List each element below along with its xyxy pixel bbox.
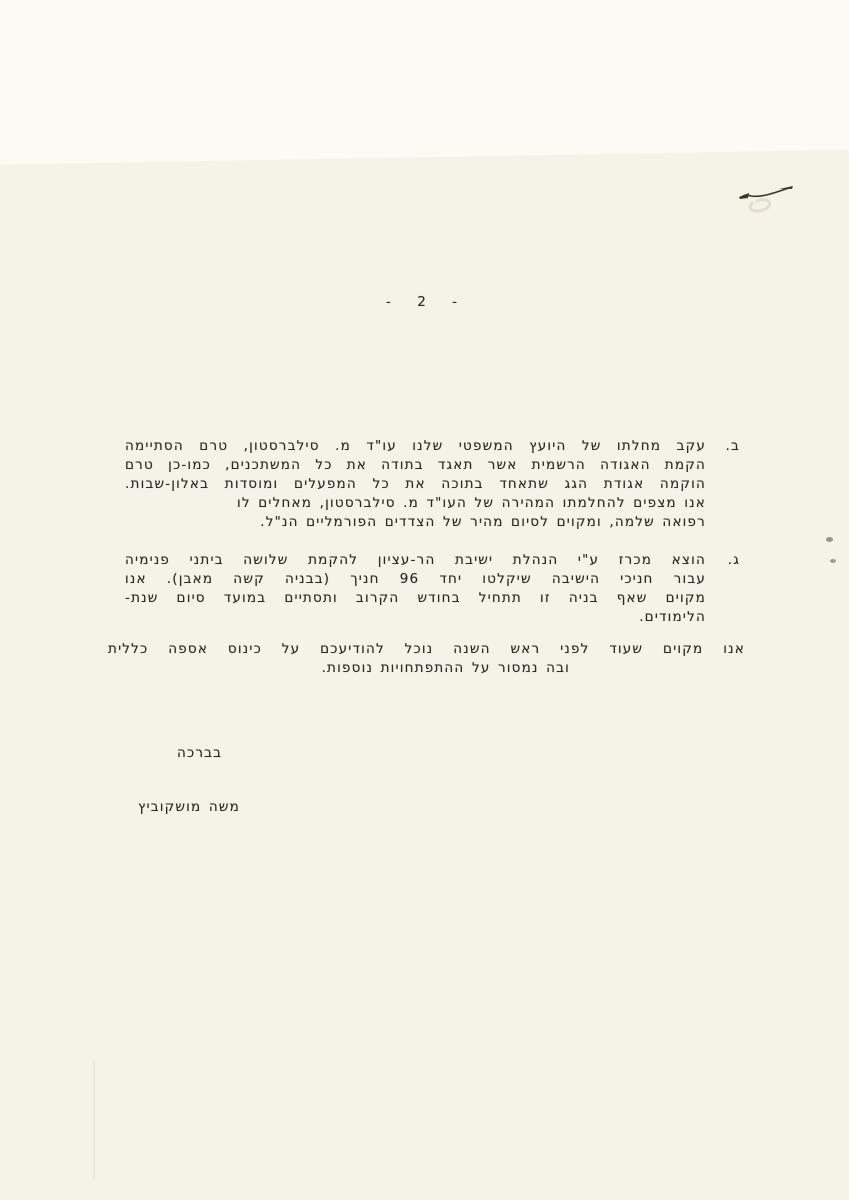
text-line: אנו מקוים שעוד לפני ראש השנה נוכל להודיע…: [108, 640, 745, 659]
scan-speck: [826, 537, 833, 542]
text-line: הוצא מכרז ע"י הנהלת ישיבת הר-עציון להקמת…: [125, 551, 706, 570]
text-line: אנו מצפים להחלמתו המהירה של העו"ד מ. סיל…: [125, 494, 706, 513]
paragraph-text: הוצא מכרז ע"י הנהלת ישיבת הר-עציון להקמת…: [125, 551, 706, 627]
text-line: רפואה שלמה, ומקוים לסיום מהיר של הצדדים …: [125, 513, 706, 532]
list-item-bet: ב. עקב מחלתו של היועץ המשפטי שלנו עו"ד מ…: [125, 437, 740, 532]
pen-scribble-icon: [735, 180, 797, 220]
text-line: עבור חניכי הישיבה שיקלטו יחד 96 חניך (בב…: [125, 570, 706, 589]
text-line: הוקמה אגודת הגג שתאחד בתוכה את כל המפעלי…: [125, 475, 706, 494]
text-line: מקוים שאף בניה זו תתחיל בחודש הקרוב ותסת…: [125, 589, 706, 608]
scan-fold-line: [93, 1060, 95, 1180]
scan-speck: [830, 559, 836, 563]
text-line: הקמת האגודה הרשמית אשר תאגד בתודה את כל …: [125, 456, 706, 475]
list-marker-gimel: ג.: [715, 551, 740, 627]
signature-greeting: בברכה: [177, 744, 222, 763]
page-number: - 2 -: [0, 293, 849, 312]
list-item-gimel: ג. הוצא מכרז ע"י הנהלת ישיבת הר-עציון לה…: [125, 551, 740, 627]
paper-top-edge: [0, 0, 849, 165]
text-line: עקב מחלתו של היועץ המשפטי שלנו עו"ד מ. ס…: [125, 437, 706, 456]
closing-paragraph: אנו מקוים שעוד לפני ראש השנה נוכל להודיע…: [108, 640, 745, 678]
list-marker-bet: ב.: [715, 437, 740, 532]
text-line: הלימודים.: [125, 608, 706, 627]
signature-name: משה מושקוביץ: [138, 798, 240, 817]
paragraph-text: עקב מחלתו של היועץ המשפטי שלנו עו"ד מ. ס…: [125, 437, 706, 532]
text-line: ובה נמסור על ההתפתחויות נוספות.: [108, 659, 570, 678]
scanned-letter-page: - 2 - ב. עקב מחלתו של היועץ המשפטי שלנו …: [0, 0, 849, 1200]
